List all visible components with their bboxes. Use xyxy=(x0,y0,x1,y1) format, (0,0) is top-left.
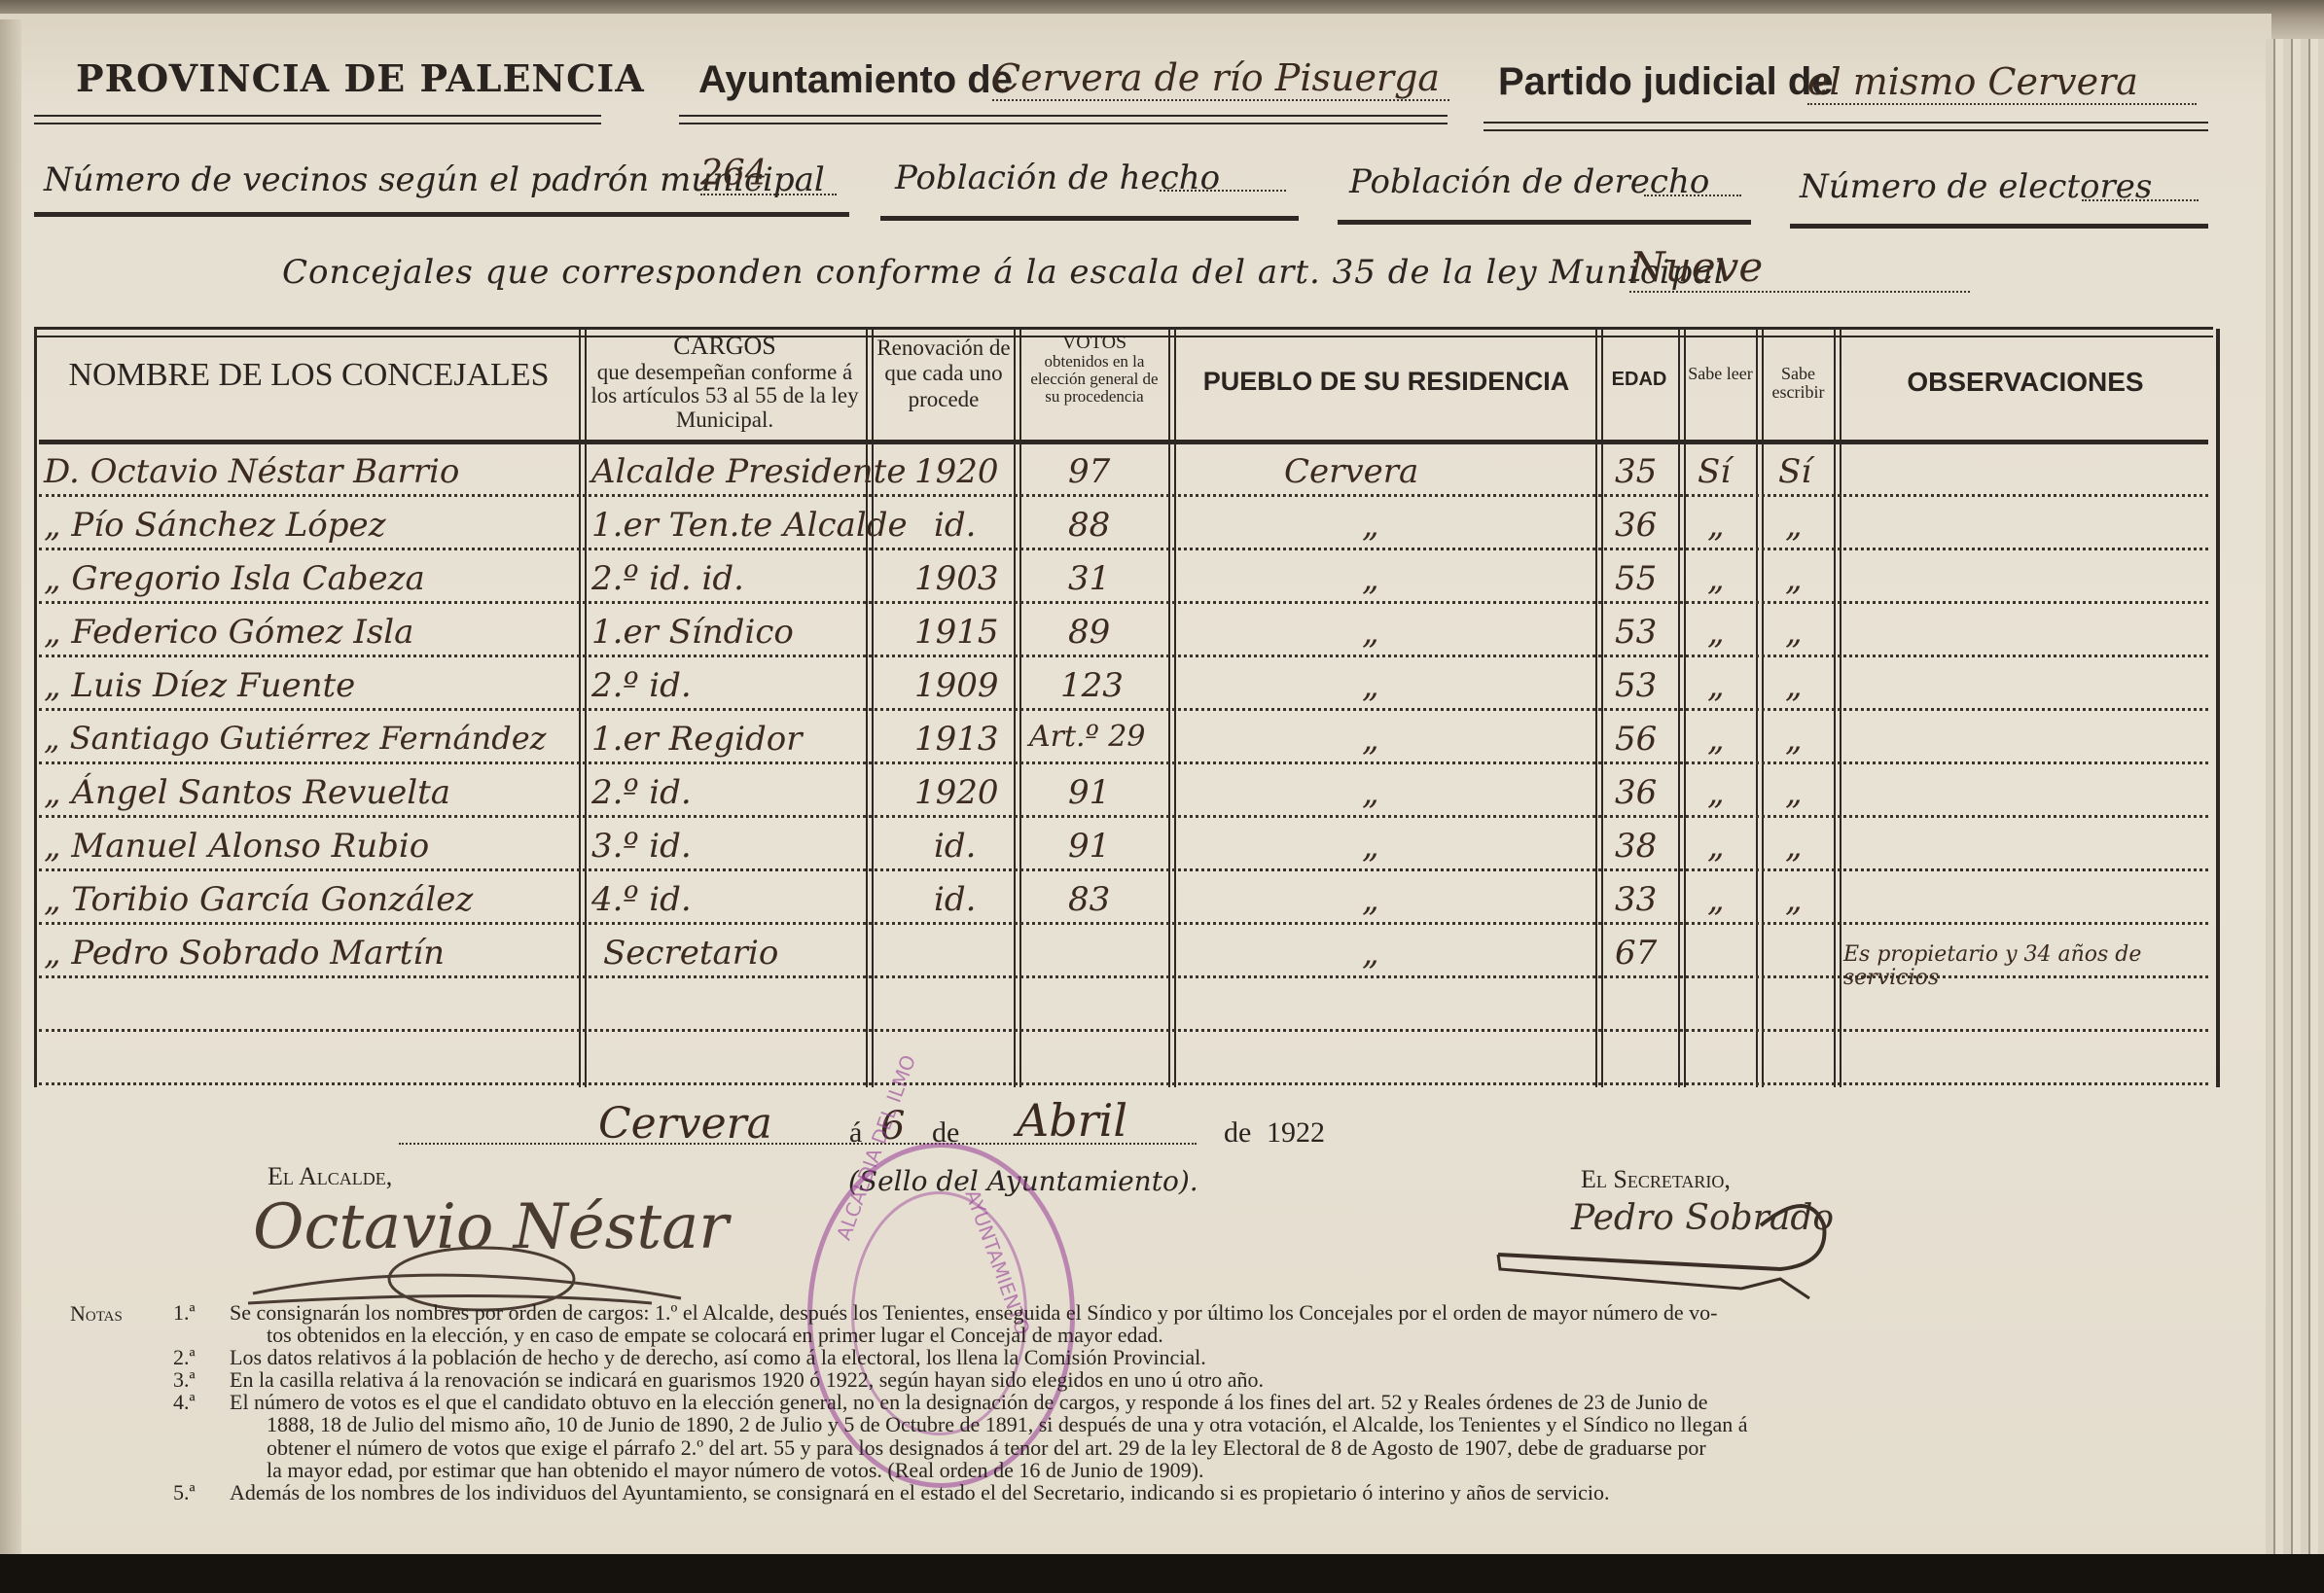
background-shadow xyxy=(0,1554,2324,1593)
cell-escribir: „ xyxy=(1785,827,1803,866)
cell-leer: „ xyxy=(1707,827,1725,866)
cell-cargo: 1.er Síndico xyxy=(591,613,794,652)
note-number: 3.ª xyxy=(173,1368,230,1391)
note-text: Los datos relativos á la población de he… xyxy=(230,1345,1206,1369)
partido-label: Partido judicial de xyxy=(1498,60,1834,104)
note-4-cont: 1888, 18 de Julio del mismo año, 10 de J… xyxy=(173,1413,2235,1435)
cell-escribir: „ xyxy=(1785,773,1803,812)
cell-nombre: „ Ángel Santos Revuelta xyxy=(44,773,450,812)
book-left-edge xyxy=(0,19,21,1575)
cell-leer: „ xyxy=(1707,559,1725,598)
cell-pueblo: „ xyxy=(1362,934,1379,973)
divider xyxy=(679,115,1448,124)
row-rule xyxy=(39,655,2208,657)
cell-renovacion: id. xyxy=(934,506,976,545)
cell-cargo: 4.º id. xyxy=(591,880,692,919)
alcalde-label: El Alcalde, xyxy=(268,1162,392,1191)
cell-pueblo: „ xyxy=(1362,666,1379,705)
note-1: 1.ªSe consignarán los nombres por orden … xyxy=(173,1301,2235,1324)
cell-escribir: „ xyxy=(1785,613,1803,652)
note-number: 5.ª xyxy=(173,1481,230,1504)
cell-cargo: 2.º id. id. xyxy=(591,559,744,598)
poblacion-derecho-field xyxy=(1644,195,1741,196)
header-pueblo: PUEBLO DE SU RESIDENCIA xyxy=(1177,368,1595,395)
province-title: PROVINCIA DE PALENCIA xyxy=(76,56,645,100)
cell-votos: Art.º 29 xyxy=(1029,720,1145,754)
note-5: 5.ªAdemás de los nombres de los individu… xyxy=(173,1481,2235,1504)
header-nombre: NOMBRE DE LOS CONCEJALES xyxy=(39,358,579,393)
date-place: Cervera xyxy=(598,1099,772,1149)
cell-leer: Sí xyxy=(1698,452,1731,491)
cell-leer: „ xyxy=(1707,720,1725,759)
electores-field xyxy=(2082,199,2199,201)
notes-label: Notas xyxy=(70,1301,123,1327)
cell-pueblo: Cervera xyxy=(1284,452,1418,491)
row-rule xyxy=(39,761,2208,764)
cell-nombre: D. Octavio Néstar Barrio xyxy=(44,452,459,491)
cell-votos: 31 xyxy=(1068,559,1110,598)
note-text: El número de votos es el que el candidat… xyxy=(230,1390,1708,1414)
cell-observaciones: Es propietario y 34 años de servicios xyxy=(1843,943,2203,990)
header-renovacion: Renovación de que cada uno procede xyxy=(874,336,1014,412)
cell-votos: 88 xyxy=(1068,506,1110,545)
cell-escribir: Sí xyxy=(1778,452,1811,491)
cell-renovacion: 1920 xyxy=(914,452,999,491)
cell-renovacion: 1915 xyxy=(914,613,999,652)
header-cargos-title: CARGOS xyxy=(584,333,866,359)
row-rule xyxy=(39,494,2208,497)
concejales-value: Nueve xyxy=(1629,243,1970,293)
note-text: Además de los nombres de los individuos … xyxy=(230,1480,1609,1504)
cell-edad: 53 xyxy=(1615,613,1657,652)
divider xyxy=(880,216,1299,221)
note-number: 2.ª xyxy=(173,1346,230,1368)
cell-cargo: Secretario xyxy=(603,934,778,973)
ayuntamiento-value: Cervera de río Pisuerga xyxy=(992,56,1449,101)
row-rule xyxy=(39,601,2208,604)
note-text: Se consignarán los nombres por orden de … xyxy=(230,1300,1717,1325)
ayuntamiento-label: Ayuntamiento de xyxy=(698,58,1013,102)
row-rule xyxy=(39,922,2208,925)
cell-nombre: „ Toribio García González xyxy=(44,880,473,919)
header-leer: Sabe leer xyxy=(1685,365,1756,383)
cell-leer: „ xyxy=(1707,880,1725,919)
divider xyxy=(1338,220,1751,225)
cell-votos: 91 xyxy=(1068,827,1110,866)
partido-value: el mismo Cervera xyxy=(1807,60,2197,105)
cell-leer: „ xyxy=(1707,613,1725,652)
poblacion-hecho-label: Población de hecho xyxy=(895,159,1220,197)
note-text: En la casilla relativa á la renovación s… xyxy=(230,1367,1264,1392)
header-cargos-sub: que desempeñan conforme á los artículos … xyxy=(584,361,866,431)
cell-escribir: „ xyxy=(1785,559,1803,598)
vecinos-value: 264 xyxy=(700,154,837,195)
cell-renovacion: id. xyxy=(934,880,976,919)
date-month: Abril xyxy=(1017,1094,1127,1147)
cell-votos: 83 xyxy=(1068,880,1110,919)
header-votos-sub: obtenidos en la elección general de su p… xyxy=(1021,353,1167,406)
divider xyxy=(1790,224,2208,229)
cell-renovacion: 1909 xyxy=(914,666,999,705)
cell-escribir: „ xyxy=(1785,506,1803,545)
cell-nombre: „ Luis Díez Fuente xyxy=(44,666,355,705)
cell-cargo: 2.º id. xyxy=(591,773,692,812)
row-rule xyxy=(39,548,2208,550)
notes-list: 1.ªSe consignarán los nombres por orden … xyxy=(173,1301,2235,1504)
cell-cargo: Alcalde Presidente xyxy=(591,452,906,491)
poblacion-hecho-field xyxy=(1160,190,1286,192)
cell-nombre: „ Gregorio Isla Cabeza xyxy=(44,559,425,598)
cell-renovacion: id. xyxy=(934,827,976,866)
header-observaciones: OBSERVACIONES xyxy=(1841,368,2210,396)
cell-renovacion: 1903 xyxy=(914,559,999,598)
header-votos-title: VOTOS xyxy=(1021,333,1167,353)
cell-edad: 35 xyxy=(1615,452,1657,491)
cell-leer: „ xyxy=(1707,666,1725,705)
note-number: 4.ª xyxy=(173,1391,230,1413)
header-escribir: Sabe escribir xyxy=(1763,365,1834,402)
row-rule xyxy=(39,1082,2208,1085)
cell-edad: 33 xyxy=(1615,880,1657,919)
cell-pueblo: „ xyxy=(1362,559,1379,598)
divider xyxy=(34,212,849,217)
cell-renovacion: 1913 xyxy=(914,720,999,759)
cell-nombre: „ Pedro Sobrado Martín xyxy=(44,934,445,973)
header-edad: EDAD xyxy=(1600,370,1678,390)
cell-nombre: „ Manuel Alonso Rubio xyxy=(44,827,429,866)
header-cargos: CARGOS que desempeñan conforme á los art… xyxy=(584,333,866,432)
cell-votos: 91 xyxy=(1068,773,1110,812)
cell-edad: 67 xyxy=(1615,934,1657,973)
header-divider xyxy=(39,440,2208,444)
row-rule xyxy=(39,815,2208,818)
cell-leer: „ xyxy=(1707,506,1725,545)
cell-renovacion: 1920 xyxy=(914,773,999,812)
cell-cargo: 1.er Ten.te Alcalde xyxy=(591,506,908,545)
cell-escribir: „ xyxy=(1785,720,1803,759)
cell-nombre: „ Pío Sánchez López xyxy=(44,506,386,545)
note-number: 1.ª xyxy=(173,1301,230,1324)
cell-cargo: 1.er Regidor xyxy=(591,720,802,759)
cell-escribir: „ xyxy=(1785,880,1803,919)
cell-votos: 89 xyxy=(1068,613,1110,652)
cell-pueblo: „ xyxy=(1362,720,1379,759)
header-votos: VOTOS obtenidos en la elección general d… xyxy=(1021,333,1167,406)
note-4-cont2: obtener el número de votos que exige el … xyxy=(173,1436,2235,1459)
cell-pueblo: „ xyxy=(1362,827,1379,866)
note-4-cont3: la mayor edad, por estimar que han obten… xyxy=(173,1459,2235,1481)
signature-flourish xyxy=(1488,1186,1926,1303)
date-year: 1922 xyxy=(1267,1116,1325,1150)
divider xyxy=(1484,122,2208,131)
cell-nombre: „ Federico Gómez Isla xyxy=(44,613,413,652)
date-a: á xyxy=(849,1116,862,1150)
date-de-2: de xyxy=(1224,1116,1251,1150)
cell-edad: 55 xyxy=(1615,559,1657,598)
cell-edad: 36 xyxy=(1615,773,1657,812)
cell-edad: 56 xyxy=(1615,720,1657,759)
row-rule xyxy=(39,1029,2208,1032)
note-1-cont: tos obtenidos en la elección, y en caso … xyxy=(173,1324,2235,1346)
note-4: 4.ªEl número de votos es el que el candi… xyxy=(173,1391,2235,1413)
cell-escribir: „ xyxy=(1785,666,1803,705)
cell-edad: 53 xyxy=(1615,666,1657,705)
cell-edad: 38 xyxy=(1615,827,1657,866)
row-rule xyxy=(39,708,2208,711)
cell-cargo: 2.º id. xyxy=(591,666,692,705)
cell-pueblo: „ xyxy=(1362,613,1379,652)
cell-cargo: 3.º id. xyxy=(591,827,692,866)
cell-nombre: „ Santiago Gutiérrez Fernández xyxy=(44,720,546,757)
note-2: 2.ªLos datos relativos á la población de… xyxy=(173,1346,2235,1368)
cell-pueblo: „ xyxy=(1362,773,1379,812)
cell-pueblo: „ xyxy=(1362,880,1379,919)
cell-edad: 36 xyxy=(1615,506,1657,545)
cell-votos: 97 xyxy=(1068,452,1110,491)
row-rule xyxy=(39,868,2208,871)
cell-pueblo: „ xyxy=(1362,506,1379,545)
cell-votos: 123 xyxy=(1060,666,1124,705)
cell-leer: „ xyxy=(1707,773,1725,812)
note-3: 3.ªEn la casilla relativa á la renovació… xyxy=(173,1368,2235,1391)
concejales-label: Concejales que corresponden conforme á l… xyxy=(282,253,1726,292)
book-page-stack xyxy=(2266,39,2324,1575)
divider xyxy=(34,115,601,124)
